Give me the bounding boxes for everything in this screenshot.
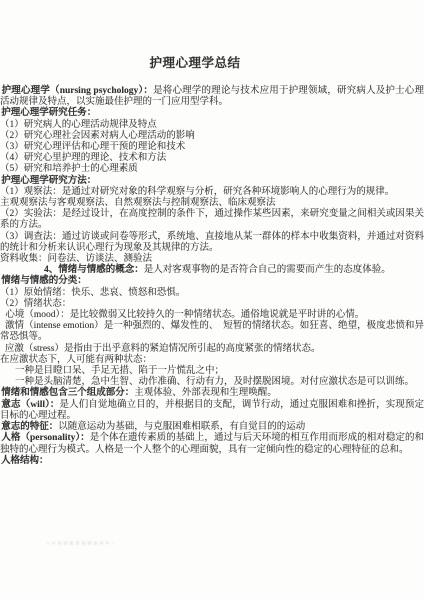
item-5-stress-note: 在应激状态下，人可能有两种状态： (0, 355, 424, 366)
item-5-sub-1: （1）原始情绪：快乐、悲哀、愤怒和恐惧。 (0, 288, 424, 299)
list-item-7: 7、意志（will）：是人们自觉地确立目的，并根据目的支配，调节行动，通过克服困… (0, 400, 424, 422)
list-item-5: 5、情绪与情感的分类： (0, 276, 424, 287)
item-3-note-observation-types: 主观观察法与客观观察法、自然观察法与控制观察法、临床观察法 (0, 198, 424, 209)
doc-title: 护理心理学总结 (0, 53, 390, 71)
list-item-9: 9、人格（personality）：是个体在遗传素质的基础上，通过与后天环境的相… (0, 433, 424, 455)
item-6-text: 主观体验、外部表现和生理唤醒。 (134, 388, 277, 398)
item-2-sub-4: （4）研究心里护理的理论、技术和方法 (0, 153, 424, 164)
item-5-label: 5、情绪与情感的分类： (0, 276, 87, 286)
item-6-label: 6、情绪和情感包含三个组成部分： (0, 388, 134, 398)
item-5-sub-2: （2）情绪状态： (0, 299, 424, 310)
list-item-10: 10、人格结构： (0, 456, 424, 467)
doc-body: 1、护理心理学（nursing psychology）：是将心理学的理论与技术应… (0, 86, 424, 467)
scan-smudge (46, 541, 114, 545)
list-item-6: 6、情绪和情感包含三个组成部分：主观体验、外部表现和生理唤醒。 (0, 388, 424, 399)
item-10-label: 10、人格结构： (0, 456, 49, 466)
item-7-label: 7、意志（will）： (0, 400, 60, 410)
item-4-text: 是人对客观事物的是否符合自己的需要而产生的态度体验。 (144, 265, 391, 275)
document-page: 护理心理学总结 1、护理心理学（nursing psychology）：是将心理… (0, 0, 424, 600)
item-3-label: 3、护理心理学研究方法： (0, 176, 96, 186)
list-item-4: 4、情绪与情感的概念：是人对客观事物的是否符合自己的需要而产生的态度体验。 (0, 265, 424, 276)
list-item-2: 2、护理心理学研究任务： (0, 108, 424, 119)
item-2-label: 2、护理心理学研究任务： (0, 108, 96, 118)
item-7-text: 是人们自觉地确立目的，并根据目的支配，调节行动，通过克服困难和挫折，实现预定目标… (0, 400, 424, 421)
item-5-letter-b: B、激情（intense emotion）是一种强烈的、爆发性的、 短暂的情绪状… (0, 321, 424, 343)
item-9-label: 9、人格（personality）： (0, 433, 90, 443)
item-2-sub-1: （1）研究病人的心理活动规律及特点 (0, 120, 424, 131)
list-item-1: 1、护理心理学（nursing psychology）：是将心理学的理论与技术应… (0, 86, 424, 108)
item-3-sub-2: （2）实验法：是经过设计，在高度控制的条件下，通过操作某些因素，来研究变量之间相… (0, 209, 424, 231)
item-8-label: 8、意志的特征： (0, 422, 58, 432)
item-5-stress-state-2: 一种是头脑清楚，急中生智、动作准确、行动有力，及时摆脱困境。对付应激状态是可以训… (0, 377, 424, 388)
item-2-sub-2: （2）研究心理社会因素对病人心理活动的影响 (0, 131, 424, 142)
item-5-letter-c: C、应激（stress）是指由于出乎意料的紧迫情况所引起的高度紧张的情绪状态。 (0, 344, 424, 355)
list-item-8: 8、意志的特征：以随意运动为基础，与克服困难相联系，有自觉目的的运动 (0, 422, 424, 433)
item-1-label: 1、护理心理学（nursing psychology）： (0, 86, 153, 96)
item-5-stress-state-1: 一种是目瞪口呆、手足无措、陷于一片慌乱之中； (0, 366, 424, 377)
item-3-sub-1: （1）观察法：是通过对研究对象的科学观察与分析，研究各种环境影响人的心理行为的规… (0, 187, 424, 198)
item-2-sub-5: （5）研究和培养护士的心理素质 (0, 164, 424, 175)
item-8-text: 以随意运动为基础，与克服困难相联系，有自觉目的的运动 (58, 422, 305, 432)
item-5-letter-a: A、心境（mood）：是比较微弱又比较持久的一种情绪状态。通俗地说就是平时讲的心… (0, 310, 424, 321)
item-2-sub-3: （3）研究心理评估和心理干预的理论和技术 (0, 142, 424, 153)
item-3-sub-3: （3）调查法：通过访谈或问卷等形式，系统地、直接地从某一群体的样本中收集资料，并… (0, 232, 424, 254)
item-3-note-data-collection: 资料收集：问卷法、访谈法、测验法 (0, 254, 424, 265)
list-item-3: 3、护理心理学研究方法： (0, 176, 424, 187)
item-4-label: 4、情绪与情感的概念： (44, 265, 144, 275)
